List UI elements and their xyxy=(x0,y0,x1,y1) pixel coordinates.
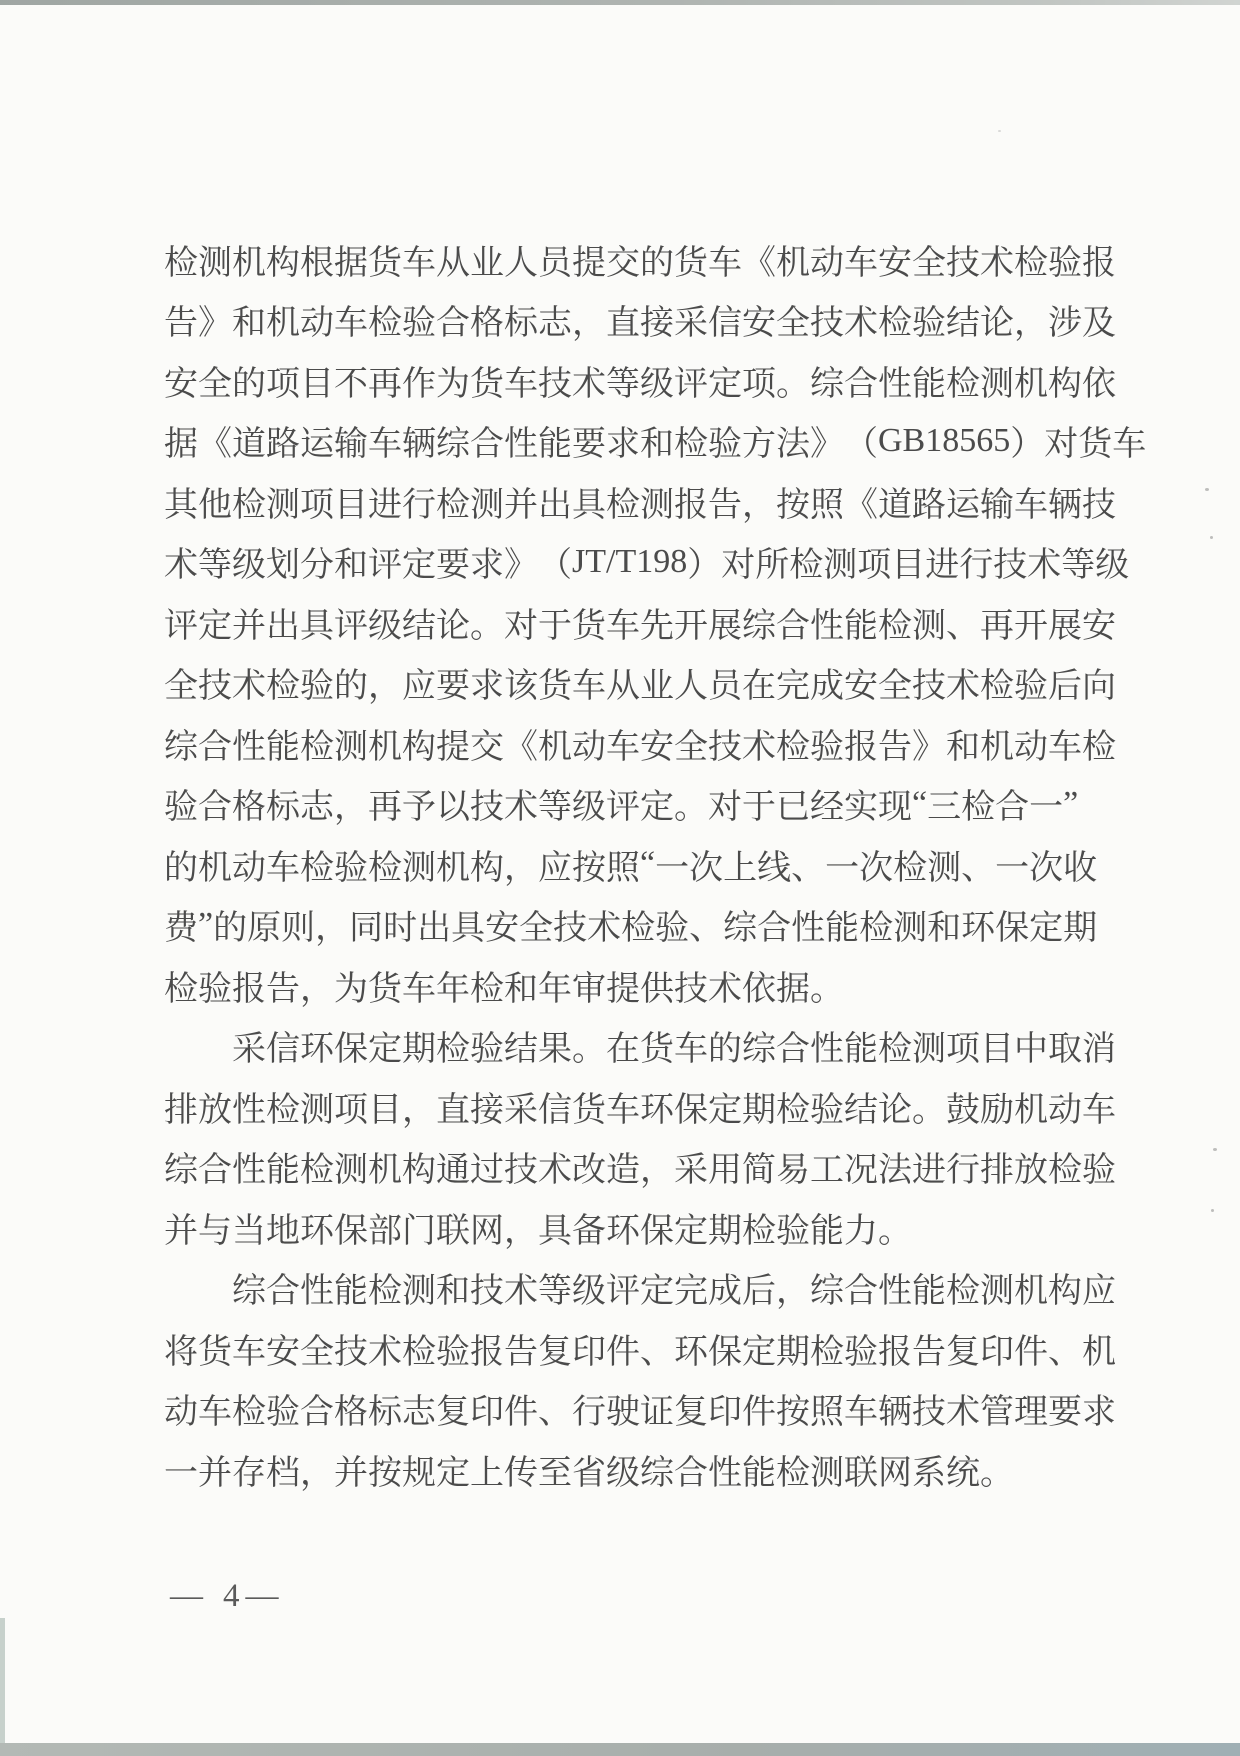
text-line: 并与当地环保部门联网，具备环保定期检验能力。 xyxy=(164,1197,1072,1258)
scan-speck xyxy=(1213,1148,1217,1151)
page-footer: — 4 — xyxy=(170,1578,279,1615)
text-line: 一并存档，并按规定上传至省级综合性能检测联网系统。 xyxy=(164,1439,1072,1500)
scan-edge-bottom xyxy=(0,1743,1240,1756)
text-line: 的机动车检验检测机构，应按照“一次上线、一次检测、一次收 xyxy=(164,834,1072,895)
footer-dash-left: — xyxy=(170,1578,203,1615)
text-line: 将货车安全技术检验报告复印件、环保定期检验报告复印件、机 xyxy=(164,1318,1072,1379)
text-line: 动车检验合格标志复印件、行驶证复印件按照车辆技术管理要求 xyxy=(164,1379,1072,1440)
footer-dash-right: — xyxy=(246,1578,279,1615)
scanned-document-page: 检测机构根据货车从业人员提交的货车《机动车安全技术检验报告》和机动车检验合格标志… xyxy=(0,0,1240,1756)
text-line: 术等级划分和评定要求》（JT/T198）对所检测项目进行技术等级 xyxy=(164,532,1072,593)
text-line: 综合性能检测机构通过技术改造，采用简易工况法进行排放检验 xyxy=(164,1137,1072,1198)
text-line: 检测机构根据货车从业人员提交的货车《机动车安全技术检验报 xyxy=(164,229,1072,290)
text-line: 排放性检测项目，直接采信货车环保定期检验结论。鼓励机动车 xyxy=(164,1076,1072,1137)
text-line: 全技术检验的，应要求该货车从业人员在完成安全技术检验后向 xyxy=(164,653,1072,714)
text-line: 据《道路运输车辆综合性能要求和检验方法》（GB18565）对货车 xyxy=(164,411,1072,472)
scan-speck xyxy=(998,130,1001,132)
scan-speck xyxy=(1211,1209,1214,1212)
body-text: 检测机构根据货车从业人员提交的货车《机动车安全技术检验报告》和机动车检验合格标志… xyxy=(164,229,1072,1500)
text-line: 检验报告，为货车年检和年审提供技术依据。 xyxy=(164,955,1072,1016)
text-line: 安全的项目不再作为货车技术等级评定项。综合性能检测机构依 xyxy=(164,350,1072,411)
text-line: 告》和机动车检验合格标志，直接采信安全技术检验结论，涉及 xyxy=(164,290,1072,351)
scan-speck xyxy=(1210,536,1213,539)
text-line: 综合性能检测机构提交《机动车安全技术检验报告》和机动车检 xyxy=(164,713,1072,774)
text-line: 综合性能检测和技术等级评定完成后，综合性能检测机构应 xyxy=(164,1258,1072,1319)
page-number: 4 xyxy=(223,1578,240,1615)
text-line: 采信环保定期检验结果。在货车的综合性能检测项目中取消 xyxy=(164,1016,1072,1077)
text-line: 其他检测项目进行检测并出具检测报告，按照《道路运输车辆技 xyxy=(164,471,1072,532)
text-line: 评定并出具评级结论。对于货车先开展综合性能检测、再开展安 xyxy=(164,592,1072,653)
text-line: 费”的原则，同时出具安全技术检验、综合性能检测和环保定期 xyxy=(164,895,1072,956)
scan-edge-top xyxy=(0,0,1240,5)
scan-speck xyxy=(1205,488,1209,491)
text-line: 验合格标志，再予以技术等级评定。对于已经实现“三检合一” xyxy=(164,774,1072,835)
scan-edge-left xyxy=(0,1618,5,1756)
